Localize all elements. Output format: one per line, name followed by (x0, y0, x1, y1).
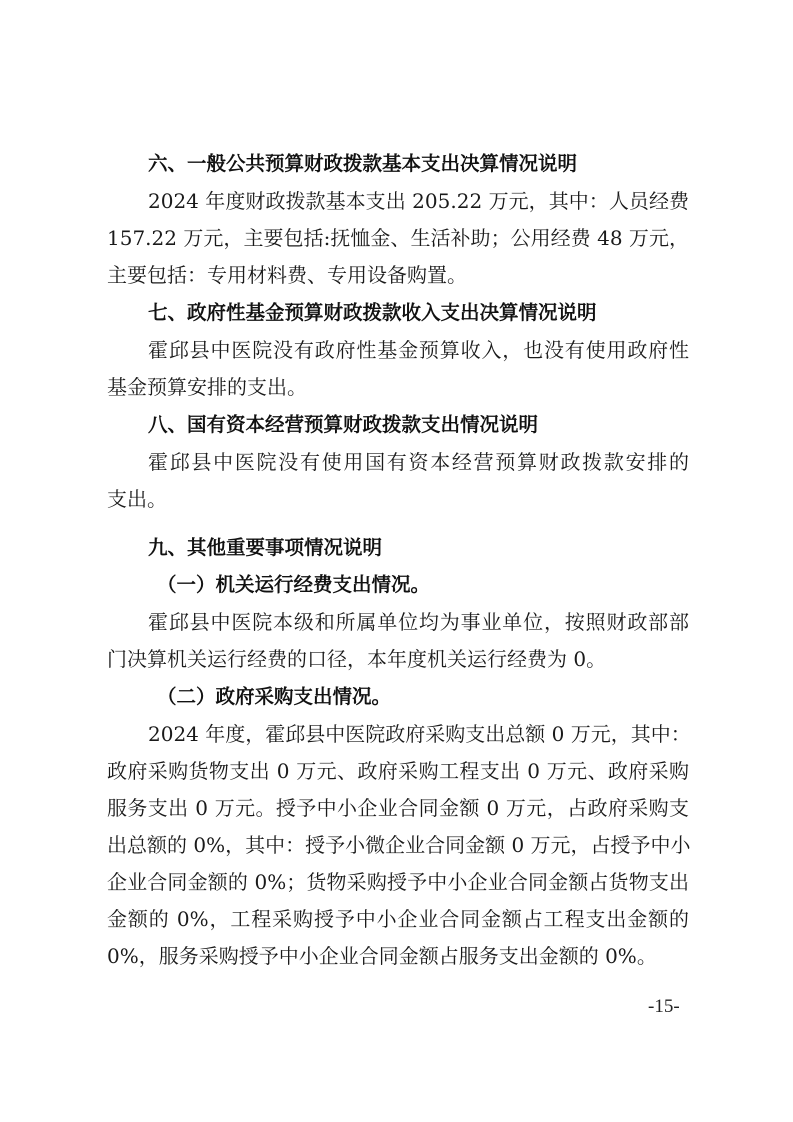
paragraph-line: 0%，服务采购授予中小企业合同金额占服务支出金额的 0%。 (107, 938, 689, 974)
paragraph-line: 2024 年度财政拨款基本支出 205.22 万元，其中：人员经费 (107, 183, 689, 219)
paragraph-line: 企业合同金额的 0%；货物采购授予中小企业合同金额占货物支出 (107, 864, 689, 900)
subsection-heading-2: （二）政府采购支出情况。 (107, 679, 689, 715)
page-number: -15- (648, 995, 680, 1019)
paragraph-line: 政府采购货物支出 0 万元、政府采购工程支出 0 万元、政府采购 (107, 753, 689, 789)
section-heading-9: 九、其他重要事项情况说明 (107, 530, 689, 566)
paragraph-line: 门决算机关运行经费的口径，本年度机关运行经费为 0。 (107, 641, 689, 677)
paragraph-line: 2024 年度，霍邱县中医院政府采购支出总额 0 万元，其中： (107, 716, 689, 752)
paragraph-line: 霍邱县中医院没有使用国有资本经营预算财政拨款安排的 (107, 444, 689, 480)
paragraph-line: 出总额的 0%，其中：授予小微企业合同金额 0 万元，占授予中小 (107, 827, 689, 863)
paragraph-line: 基金预算安排的支出。 (107, 369, 689, 405)
paragraph-line: 支出。 (107, 481, 689, 517)
paragraph-line: 金额的 0%，工程采购授予中小企业合同金额占工程支出金额的 (107, 901, 689, 937)
paragraph-line: 157.22 万元，主要包括:抚恤金、生活补助；公用经费 48 万元， (107, 220, 689, 256)
section-heading-6: 六、一般公共预算财政拨款基本支出决算情况说明 (107, 146, 689, 182)
paragraph-line: 霍邱县中医院没有政府性基金预算收入，也没有使用政府性 (107, 332, 689, 368)
paragraph-line: 霍邱县中医院本级和所属单位均为事业单位，按照财政部部 (107, 604, 689, 640)
section-heading-7: 七、政府性基金预算财政拨款收入支出决算情况说明 (107, 295, 689, 331)
paragraph-line: 服务支出 0 万元。授予中小企业合同金额 0 万元，占政府采购支 (107, 790, 689, 826)
paragraph-line: 主要包括：专用材料费、专用设备购置。 (107, 257, 689, 293)
subsection-heading-1: （一）机关运行经费支出情况。 (107, 567, 689, 603)
section-heading-8: 八、国有资本经营预算财政拨款支出情况说明 (107, 407, 689, 443)
